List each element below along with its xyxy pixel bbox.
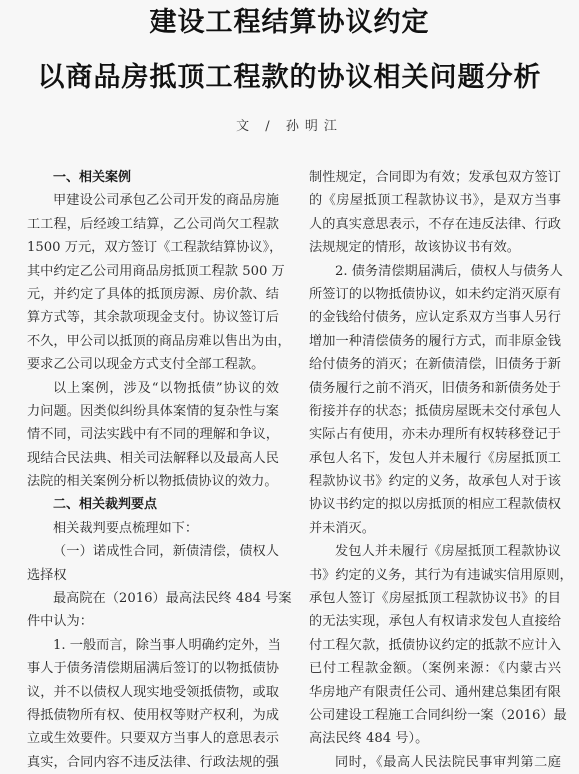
paragraph-first-line: 相关裁判要点梳理如下：: [27, 517, 279, 540]
paragraph-line: 实际占有使用，亦未办理所有权转移登记于: [309, 423, 561, 446]
paragraph-line: 力问题。因类似纠纷具体案情的复杂性与案: [27, 400, 279, 423]
paragraph-last-line: 高法民终 484 号）。: [309, 727, 561, 750]
paragraph-line: 书》约定的义务，其行为有违诚实信用原则，: [309, 564, 561, 587]
paragraph-first-line: 1. 一般而言，除当事人明确约定外，当: [27, 634, 279, 657]
paragraph-last-line: 选择权: [27, 564, 279, 587]
paragraph-line: 人的真实意思表示，不存在违反法律、行政: [309, 213, 561, 236]
left-text-column: 一、相关案例甲建设公司承包乙公司开发的商品房施工工程，后经竣工结算，乙公司尚欠工…: [27, 166, 279, 774]
paragraph-line: 得抵债物所有权、使用权等财产权利，为成: [27, 704, 279, 727]
paragraph-last-line: 并未消灭。: [309, 517, 561, 540]
paragraph-line: 承包人签订《房屋抵顶工程款协议书》的目: [309, 587, 561, 610]
paragraph-line: 给付债务的消灭；在新债清偿，旧债务于新: [309, 353, 561, 376]
paragraph-line: 立或生效要件。只要双方当事人的意思表示: [27, 727, 279, 750]
paragraph-first-line: 2. 债务清偿期届满后，债权人与债务人: [309, 260, 561, 283]
paragraph-line: 工工程，后经竣工结算，乙公司尚欠工程款: [27, 213, 279, 236]
paragraph-line: 的无法实现，承包人有权请求发包人直接给: [309, 610, 561, 633]
paragraph-line: 公司建设工程施工合同纠纷一案（2016）最: [309, 704, 561, 727]
paragraph-first-line: 甲建设公司承包乙公司开发的商品房施: [27, 189, 279, 212]
paragraph-line: 的金钱给付债务，应认定系双方当事人另行: [309, 306, 561, 329]
paragraph-line: 算方式等，其余款项现金支付。协议签订后: [27, 306, 279, 329]
paragraph-first-line: 以上案例，涉及“以物抵债”协议的效: [27, 377, 279, 400]
paragraph-line: 元，并约定了具体的抵顶房源、房价款、结: [27, 283, 279, 306]
paragraph-line: 真实，合同内容不违反法律、行政法规的强: [27, 751, 279, 774]
paragraph-line: 付工程欠款，抵债协议约定的抵款不应计入: [309, 634, 561, 657]
paragraph-line: 其中约定乙公司用商品房抵顶工程款 500 万: [27, 260, 279, 283]
paragraph-line: 事人于债务清偿期届满后签订的以物抵债协: [27, 657, 279, 680]
paragraph-line: 华房地产有限责任公司、通州建总集团有限: [309, 681, 561, 704]
paragraph-line: 增加一种清偿债务的履行方式，而非原金钱: [309, 330, 561, 353]
paragraph-line: 议，并不以债权人现实地受领抵债物，或取: [27, 681, 279, 704]
paragraph-last-line: 件中认为：: [27, 610, 279, 633]
article-byline: 文 / 孙明江: [0, 115, 579, 134]
paragraph-first-line: （一）诺成性合同，新债清偿，债权人: [27, 540, 279, 563]
paragraph-last-line: 要求乙公司以现金方式支付全部工程款。: [27, 353, 279, 376]
paragraph-last-line: 法院的相关案例分析以物抵债协议的效力。: [27, 470, 279, 493]
paragraph-line: 承包人名下，发包人并未履行《房屋抵顶工: [309, 447, 561, 470]
paragraph-line: 所签订的以物抵债协议，如未约定消灭原有: [309, 283, 561, 306]
paragraph-last-line: 法规规定的情形，故该协议书有效。: [309, 236, 561, 259]
paragraph-line: 的《房屋抵顶工程款协议书》，是双方当事: [309, 189, 561, 212]
paragraph-line: 制性规定，合同即为有效；发承包双方签订: [309, 166, 561, 189]
paragraph-first-line: 最高院在（2016）最高法民终 484 号案: [27, 587, 279, 610]
paragraph-line: 现结合民法典、相关司法解释以及最高人民: [27, 447, 279, 470]
section-heading: 二、相关裁判要点: [27, 493, 279, 516]
paragraph-line: 1500 万元，双方签订《工程款结算协议》，: [27, 236, 279, 259]
article-title-line-2: 以商品房抵顶工程款的协议相关问题分析: [0, 61, 579, 95]
paragraph-line: 情不同，司法实践中有不同的理解和争议，: [27, 423, 279, 446]
paragraph-first-line: 发包人并未履行《房屋抵顶工程款协议: [309, 540, 561, 563]
article-title-line-1: 建设工程结算协议约定: [0, 6, 579, 40]
right-text-column: 制性规定，合同即为有效；发承包双方签订的《房屋抵顶工程款协议书》，是双方当事人的…: [309, 166, 561, 774]
paragraph-line: 协议书约定的拟以房抵顶的相应工程款债权: [309, 493, 561, 516]
paragraph-first-line: 同时，《最高人民法院民事审判第二庭: [309, 751, 561, 774]
section-heading: 一、相关案例: [27, 166, 279, 189]
paragraph-line: 不久，甲公司以抵顶的商品房难以售出为由，: [27, 330, 279, 353]
paragraph-line: 已付工程款金额。（案例来源：《内蒙古兴: [309, 657, 561, 680]
paragraph-line: 债务履行之前不消灭，旧债务和新债务处于: [309, 377, 561, 400]
paragraph-line: 衔接并存的状态；抵债房屋既未交付承包人: [309, 400, 561, 423]
paragraph-line: 程款协议书》约定的义务，故承包人对于该: [309, 470, 561, 493]
